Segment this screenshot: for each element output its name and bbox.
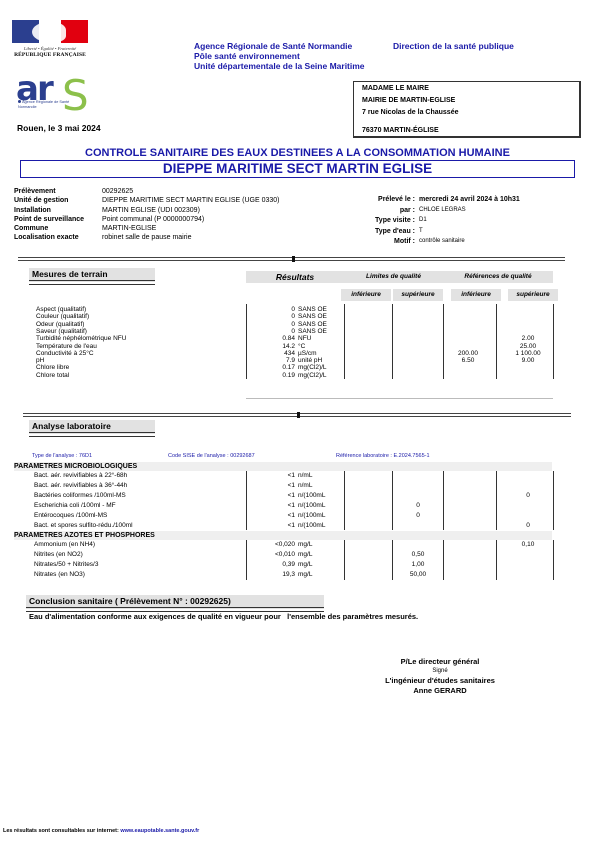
result-value: 19,3 <box>235 571 295 578</box>
limit-upper-value: 0 <box>393 512 443 519</box>
parameter-name: Bactéries coliformes /100ml-MS <box>34 492 126 499</box>
parameter-name: Chlore libre <box>36 364 69 371</box>
field-section-title: Mesures de terrain <box>29 268 155 282</box>
parameter-name: Conductivité à 25°C <box>36 350 94 357</box>
limit-upper-value: 0,50 <box>393 551 443 558</box>
result-unit: n/(100mL <box>298 512 325 519</box>
result-value: <1 <box>235 502 295 509</box>
lab-reference: Référence laboratoire : E.2024.7565-1 <box>336 453 430 459</box>
result-value: <1 <box>235 512 295 519</box>
result-value: 0,39 <box>235 561 295 568</box>
republique-name: RÉPUBLIQUE FRANÇAISE <box>12 52 88 58</box>
parameter-name: Nitrates/50 + Nitrites/3 <box>34 561 98 568</box>
sampling-info-value: contrôle sanitaire <box>419 238 465 244</box>
limit-upper-value: 50,00 <box>393 571 443 578</box>
sample-info-value: MARTIN EGLISE (UDI 002309) <box>102 207 200 214</box>
republique-francaise-logo: Liberté • Égalité • Fraternité RÉPUBLIQU… <box>12 20 88 58</box>
parameter-group-header: PARAMETRES AZOTES ET PHOSPHORES <box>14 531 552 540</box>
result-value: <1 <box>235 472 295 479</box>
result-value: 0 <box>235 328 295 335</box>
sample-info-label: Commune <box>14 225 48 232</box>
result-unit: µS/cm <box>298 350 317 357</box>
letter-date: Rouen, le 3 mai 2024 <box>17 123 101 133</box>
reference-upper-value: 9.00 <box>503 357 553 364</box>
column-divider <box>246 304 247 379</box>
footer-link[interactable]: www.eaupotable.sante.gouv.fr <box>120 828 199 834</box>
signature-role: L'ingénieur d'études sanitaires <box>340 676 540 686</box>
sise-code: Code SISE de l'analyse : 00292687 <box>168 453 255 459</box>
recipient-line: MADAME LE MAIRE <box>362 85 429 92</box>
conclusion-text: Eau d'alimentation conforme aux exigence… <box>29 612 418 621</box>
result-value: 7.9 <box>235 357 295 364</box>
analysis-type: Type de l'analyse : 76D1 <box>32 453 92 459</box>
section-divider <box>23 413 571 417</box>
result-value: 0 <box>235 313 295 320</box>
limit-upper-value: 0 <box>393 502 443 509</box>
parameter-name: Bact. aér. revivifiables à 22°-68h <box>34 472 127 479</box>
column-divider <box>553 540 554 580</box>
result-value: 0.84 <box>235 335 295 342</box>
col-results: Résultats <box>246 271 344 283</box>
sample-info-value: robinet salle de pause mairie <box>102 234 192 241</box>
sample-info-value: Point communal (P 0000000794) <box>102 216 204 223</box>
column-divider <box>392 471 393 530</box>
result-unit: unité pH <box>298 357 322 364</box>
parameter-name: Couleur (qualitatif) <box>36 313 89 320</box>
col-quality-limits: Limites de qualité <box>344 271 443 283</box>
french-flag-icon <box>12 20 88 43</box>
result-unit: n/(100mL <box>298 522 325 529</box>
result-unit: n/mL <box>298 482 312 489</box>
result-unit: n/(100mL <box>298 502 325 509</box>
footer: Les résultats sont consultables sur inte… <box>3 828 199 834</box>
agency-direction: Direction de la santé publique <box>393 41 514 51</box>
sampling-info-label: Motif : <box>335 238 415 245</box>
sampling-info-value: CHLOE LEGRAS <box>419 207 466 213</box>
agency-header: Agence Régionale de Santé Normandie Dire… <box>194 41 365 71</box>
column-divider <box>443 471 444 530</box>
column-divider <box>443 540 444 580</box>
sample-info-value: 00292625 <box>102 188 133 195</box>
column-divider <box>496 540 497 580</box>
recipient-line: MAIRIE DE MARTIN-EGLISE <box>362 97 455 104</box>
sample-info-label: Unité de gestion <box>14 197 68 204</box>
result-value: 434 <box>235 350 295 357</box>
parameter-name: pH <box>36 357 44 364</box>
reference-upper-value: 1 100.00 <box>503 350 553 357</box>
column-divider <box>496 471 497 530</box>
column-divider <box>392 304 393 379</box>
ars-logo: ar S Agence Régionale de Santé Normandie <box>16 75 94 120</box>
column-divider <box>344 540 345 580</box>
signature-signed: Signé <box>340 667 540 676</box>
report-title: CONTROLE SANITAIRE DES EAUX DESTINEES A … <box>0 147 595 159</box>
reference-upper-value: 0,10 <box>503 541 553 548</box>
parameter-name: Bact. et spores sulfito-rédu./100ml <box>34 522 133 529</box>
result-value: 0 <box>235 306 295 313</box>
parameter-name: Escherichia coli /100ml - MF <box>34 502 116 509</box>
footer-text: Les résultats sont consultables sur inte… <box>3 828 119 834</box>
result-value: <0,010 <box>235 551 295 558</box>
col-reference-upper: supérieure <box>508 289 558 301</box>
sampling-info-label: Type visite : <box>335 217 415 224</box>
result-value: <0,020 <box>235 541 295 548</box>
reference-lower-value: 200.00 <box>443 350 493 357</box>
limit-upper-value: 1,00 <box>393 561 443 568</box>
sampling-info-value: D1 <box>419 217 427 223</box>
reference-upper-value: 0 <box>503 492 553 499</box>
column-divider <box>553 471 554 530</box>
conclusion-title: Conclusion sanitaire ( Prélèvement N° : … <box>26 595 324 609</box>
column-divider <box>392 540 393 580</box>
recipient-address-box: MADAME LE MAIRE MAIRIE DE MARTIN-EGLISE … <box>353 81 581 138</box>
result-value: 0 <box>235 321 295 328</box>
result-value: <1 <box>235 492 295 499</box>
reference-upper-value: 25.00 <box>503 343 553 350</box>
ars-tagline: Agence Régionale de Santé Normandie <box>18 100 78 110</box>
sample-info-label: Installation <box>14 207 51 214</box>
result-unit: SANS OE <box>298 328 327 335</box>
reference-upper-value: 2.00 <box>503 335 553 342</box>
col-quality-references: Références de qualité <box>443 271 553 283</box>
result-value: 0.17 <box>235 364 295 371</box>
parameter-name: Bact. aér. revivifiables à 36°-44h <box>34 482 127 489</box>
sample-info-label: Point de surveillance <box>14 216 84 223</box>
parameter-group-header: PARAMETRES MICROBIOLOGIQUES <box>14 462 552 471</box>
parameter-name: Nitrites (en NO2) <box>34 551 83 558</box>
section-divider <box>18 257 565 261</box>
parameter-name: Odeur (qualitatif) <box>36 321 84 328</box>
result-unit: °C <box>298 343 305 350</box>
column-divider <box>496 304 497 379</box>
result-unit: mg/L <box>298 571 312 578</box>
sampling-info-label: Prélevé le : <box>335 196 415 203</box>
parameter-name: Aspect (qualitatif) <box>36 306 86 313</box>
signature-name: Anne GERARD <box>340 686 540 696</box>
republique-motto: Liberté • Égalité • Fraternité <box>12 46 88 51</box>
result-unit: n/(100mL <box>298 492 325 499</box>
recipient-line: 76370 MARTIN-ÉGLISE <box>362 127 439 134</box>
parameter-name: Turbidité néphélométrique NFU <box>36 335 126 342</box>
sample-info-label: Localisation exacte <box>14 234 79 241</box>
result-unit: mg/L <box>298 561 312 568</box>
parameter-name: Nitrates (en NO3) <box>34 571 85 578</box>
col-limit-upper: supérieure <box>393 289 443 301</box>
sampling-info-label: Type d'eau : <box>335 228 415 235</box>
result-unit: mg/L <box>298 541 312 548</box>
col-reference-lower: inférieure <box>451 289 501 301</box>
column-divider <box>553 304 554 379</box>
column-divider <box>443 304 444 379</box>
sample-info-value: MARTIN-EGLISE <box>102 225 156 232</box>
column-divider <box>344 304 345 379</box>
sample-info-value: DIEPPE MARITIME SECT MARTIN EGLISE (UGE … <box>102 197 280 204</box>
agency-name: Agence Régionale de Santé Normandie <box>194 41 365 51</box>
reference-lower-value: 6.50 <box>443 357 493 364</box>
parameter-name: Température de l'eau <box>36 343 97 350</box>
table-bottom-rule <box>246 398 553 399</box>
result-value: <1 <box>235 522 295 529</box>
col-limit-lower: inférieure <box>341 289 391 301</box>
column-divider <box>246 540 247 580</box>
result-unit: mg(Cl2)/L <box>298 372 327 379</box>
signature-title: P/Le directeur général <box>340 657 540 667</box>
parameter-name: Ammonium (en NH4) <box>34 541 95 548</box>
network-title: DIEPPE MARITIME SECT MARTIN EGLISE <box>20 160 575 178</box>
sampling-info-value: T <box>419 228 423 234</box>
column-divider <box>246 471 247 530</box>
sample-info-label: Prélèvement <box>14 188 56 195</box>
result-value: 14.2 <box>235 343 295 350</box>
column-divider <box>344 471 345 530</box>
agency-pole: Pôle santé environnement <box>194 51 365 61</box>
parameter-name: Entérocoques /100ml-MS <box>34 512 107 519</box>
sampling-info-value: mercredi 24 avril 2024 à 10h31 <box>419 196 520 203</box>
result-unit: SANS OE <box>298 321 327 328</box>
result-value: 0.19 <box>235 372 295 379</box>
ars-letter-s: S <box>62 71 89 120</box>
result-value: <1 <box>235 482 295 489</box>
agency-unit: Unité départementale de la Seine Maritim… <box>194 61 365 71</box>
result-unit: SANS OE <box>298 313 327 320</box>
result-unit: mg/L <box>298 551 312 558</box>
signature-block: P/Le directeur général Signé L'ingénieur… <box>340 657 540 696</box>
parameter-name: Saveur (qualitatif) <box>36 328 87 335</box>
reference-upper-value: 0 <box>503 522 553 529</box>
parameter-name: Chlore total <box>36 372 69 379</box>
lab-section-title: Analyse laboratoire <box>29 420 155 434</box>
recipient-line: 7 rue Nicolas de la Chaussée <box>362 109 459 116</box>
sampling-info-label: par : <box>335 207 415 214</box>
result-unit: n/mL <box>298 472 312 479</box>
result-unit: SANS OE <box>298 306 327 313</box>
result-unit: NFU <box>298 335 311 342</box>
result-unit: mg(Cl2)/L <box>298 364 327 371</box>
